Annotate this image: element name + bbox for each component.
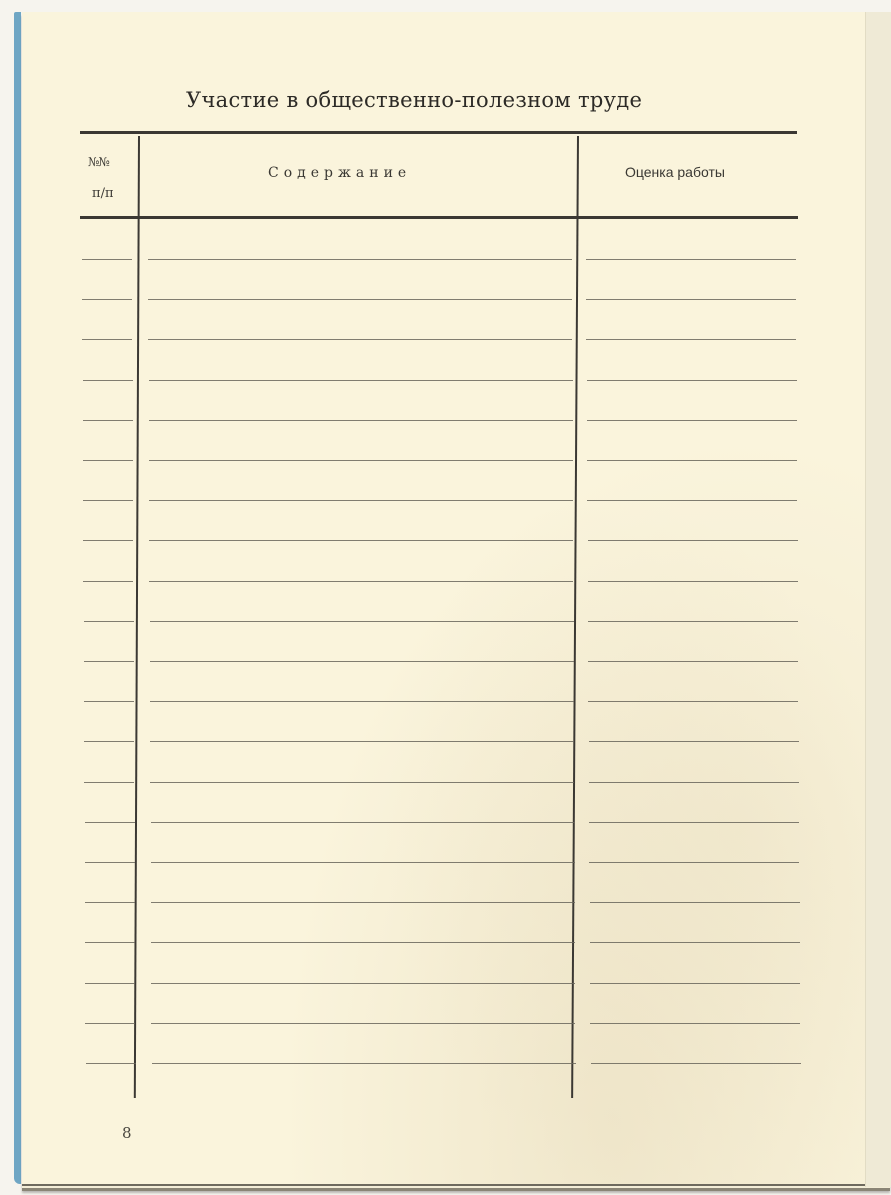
row-line-grade[interactable] bbox=[590, 983, 800, 984]
row-line-content[interactable] bbox=[151, 862, 575, 863]
row-line-content[interactable] bbox=[148, 299, 572, 300]
row-line-content[interactable] bbox=[150, 741, 574, 742]
row-line-content[interactable] bbox=[149, 540, 573, 541]
row-line-num[interactable] bbox=[84, 621, 134, 622]
row-line-num[interactable] bbox=[86, 1063, 136, 1064]
row-line-grade[interactable] bbox=[588, 540, 798, 541]
row-line-content[interactable] bbox=[149, 380, 573, 381]
row-line-grade[interactable] bbox=[588, 621, 798, 622]
row-line-num[interactable] bbox=[84, 782, 134, 783]
row-line-content[interactable] bbox=[149, 581, 573, 582]
row-line-num[interactable] bbox=[85, 983, 135, 984]
row-line-grade[interactable] bbox=[589, 862, 799, 863]
row-line-content[interactable] bbox=[149, 500, 573, 501]
column-header-number-sub: п/п bbox=[92, 186, 114, 201]
row-line-num[interactable] bbox=[82, 299, 132, 300]
header-bottom-rule bbox=[80, 216, 798, 219]
row-line-content[interactable] bbox=[149, 460, 573, 461]
row-line-num[interactable] bbox=[83, 500, 133, 501]
row-line-content[interactable] bbox=[150, 661, 574, 662]
row-line-grade[interactable] bbox=[586, 259, 796, 260]
column-header-number: №№ bbox=[88, 155, 109, 169]
work-record-table: №№ п/п Содержание Оценка работы bbox=[0, 0, 891, 1195]
row-line-num[interactable] bbox=[83, 380, 133, 381]
row-line-num[interactable] bbox=[85, 902, 135, 903]
row-line-content[interactable] bbox=[150, 701, 574, 702]
row-line-content[interactable] bbox=[148, 259, 572, 260]
row-line-content[interactable] bbox=[151, 902, 575, 903]
column-header-content: Содержание bbox=[268, 165, 411, 181]
row-line-grade[interactable] bbox=[587, 420, 797, 421]
row-line-content[interactable] bbox=[150, 782, 574, 783]
row-line-grade[interactable] bbox=[588, 701, 798, 702]
column-divider-grade bbox=[571, 136, 579, 1098]
row-line-grade[interactable] bbox=[590, 1023, 800, 1024]
row-line-num[interactable] bbox=[84, 741, 134, 742]
row-line-grade[interactable] bbox=[586, 299, 796, 300]
row-line-num[interactable] bbox=[83, 540, 133, 541]
row-line-grade[interactable] bbox=[590, 942, 800, 943]
row-line-content[interactable] bbox=[151, 942, 575, 943]
row-line-content[interactable] bbox=[151, 1023, 575, 1024]
row-line-content[interactable] bbox=[150, 621, 574, 622]
row-line-grade[interactable] bbox=[589, 782, 799, 783]
page-number: 8 bbox=[122, 1124, 132, 1142]
row-line-num[interactable] bbox=[82, 259, 132, 260]
row-line-grade[interactable] bbox=[589, 822, 799, 823]
row-line-grade[interactable] bbox=[589, 741, 799, 742]
row-line-grade[interactable] bbox=[587, 380, 797, 381]
row-line-num[interactable] bbox=[85, 1023, 135, 1024]
row-line-grade[interactable] bbox=[590, 902, 800, 903]
row-line-num[interactable] bbox=[84, 701, 134, 702]
header-top-rule bbox=[80, 131, 797, 134]
row-line-num[interactable] bbox=[85, 822, 135, 823]
column-header-grade: Оценка работы bbox=[625, 164, 725, 180]
row-line-num[interactable] bbox=[83, 581, 133, 582]
row-line-grade[interactable] bbox=[586, 339, 796, 340]
column-divider-num bbox=[134, 136, 140, 1098]
row-line-grade[interactable] bbox=[587, 460, 797, 461]
row-line-content[interactable] bbox=[152, 1063, 576, 1064]
row-line-num[interactable] bbox=[85, 862, 135, 863]
row-line-content[interactable] bbox=[151, 983, 575, 984]
row-line-content[interactable] bbox=[149, 420, 573, 421]
row-line-num[interactable] bbox=[83, 460, 133, 461]
row-line-content[interactable] bbox=[151, 822, 575, 823]
row-line-num[interactable] bbox=[83, 420, 133, 421]
row-line-grade[interactable] bbox=[588, 661, 798, 662]
row-line-num[interactable] bbox=[85, 942, 135, 943]
row-line-num[interactable] bbox=[82, 339, 132, 340]
row-line-content[interactable] bbox=[148, 339, 572, 340]
row-line-grade[interactable] bbox=[587, 500, 797, 501]
row-line-grade[interactable] bbox=[591, 1063, 801, 1064]
row-line-num[interactable] bbox=[84, 661, 134, 662]
row-line-grade[interactable] bbox=[588, 581, 798, 582]
